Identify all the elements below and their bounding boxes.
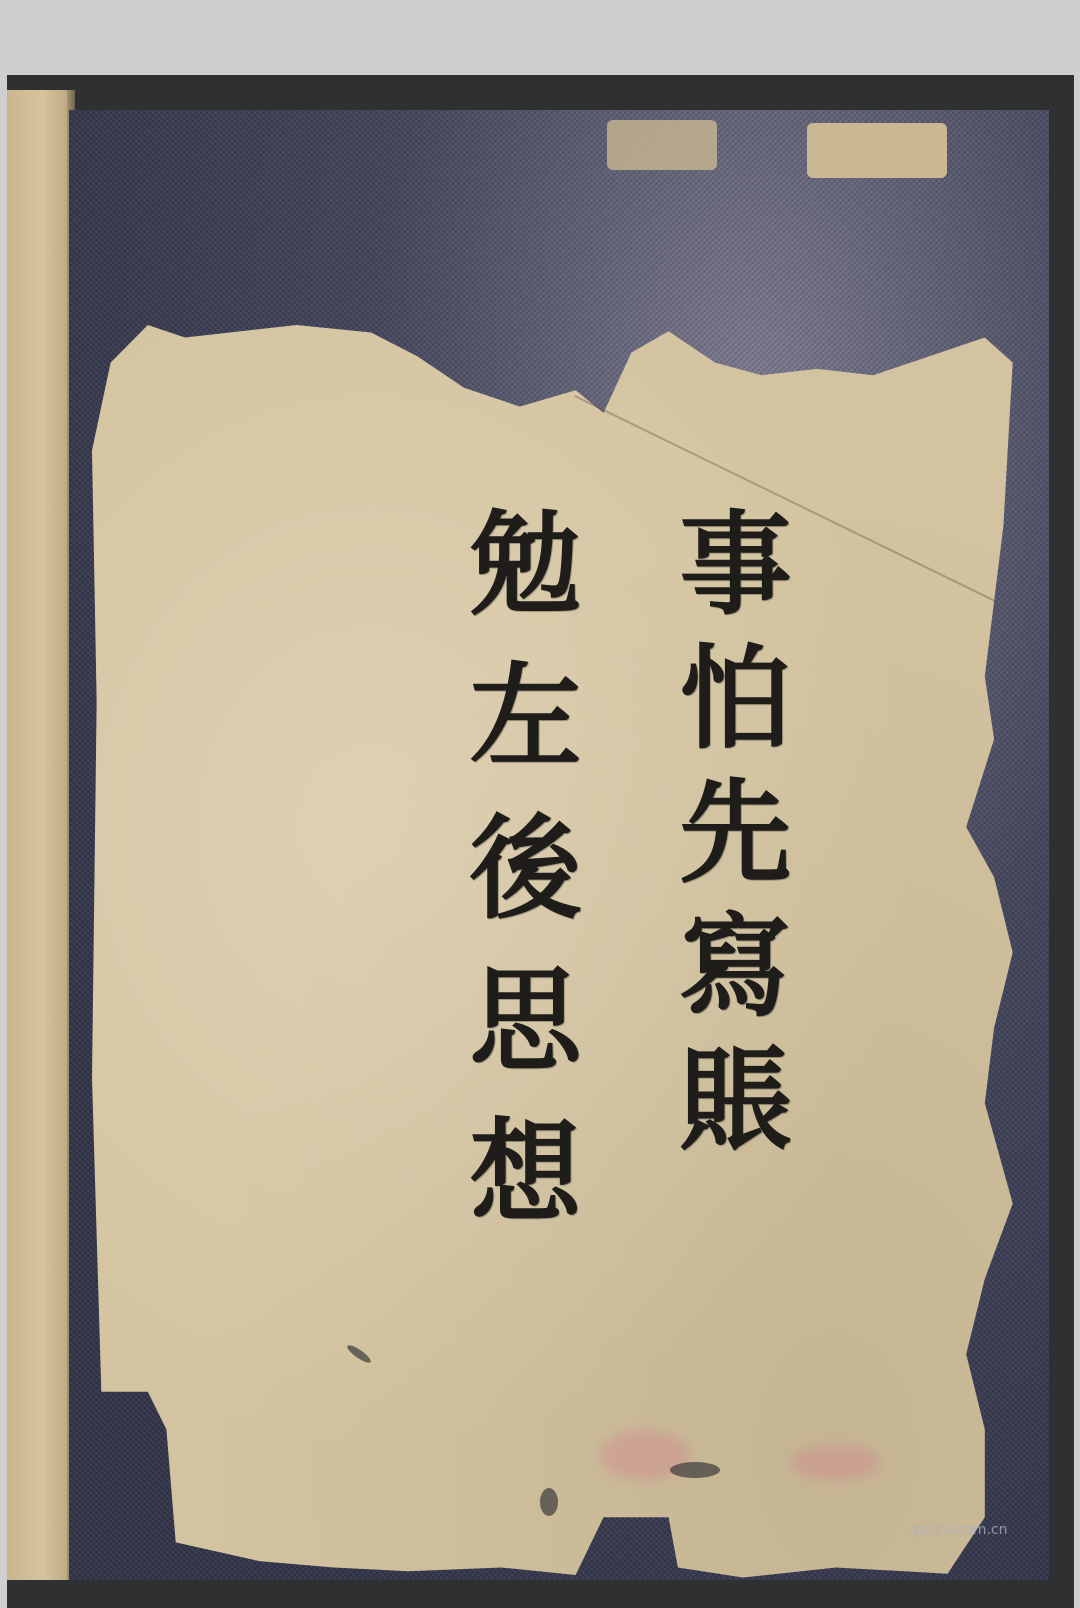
calligraphy-right-column: 事怕先寫賬 <box>670 505 782 1175</box>
calligraphy-left-column: 勉左後思想 <box>460 505 572 1265</box>
ink-smudge <box>540 1488 558 1516</box>
watermark: gujiku.com.cn <box>910 1522 1007 1538</box>
ink-smudge <box>670 1462 720 1478</box>
paper-fragment <box>807 123 947 178</box>
red-stain <box>790 1445 880 1480</box>
left-page-edge <box>7 90 75 1580</box>
paper-fragment <box>607 120 717 170</box>
